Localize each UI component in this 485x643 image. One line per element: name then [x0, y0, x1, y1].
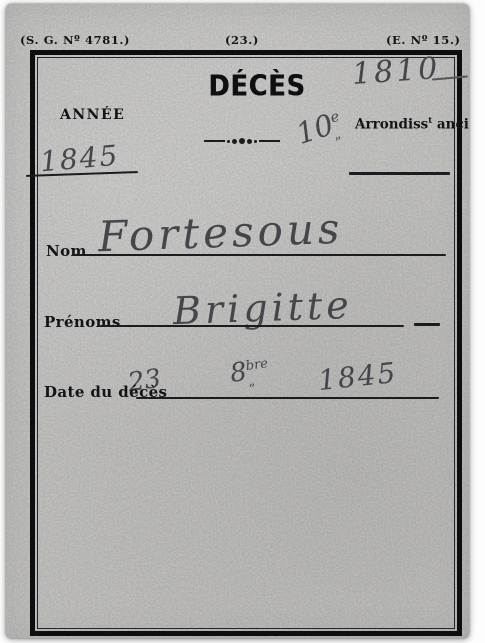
annee-blank-rule-right: [349, 172, 450, 175]
paper: (S. G. Nº 4781.) (23.) (E. Nº 15.) DÉCÈS…: [6, 4, 469, 638]
title-deces: DÉCÈS: [171, 70, 342, 103]
ref-number-right: (E. Nº 15.): [386, 33, 461, 47]
scanned-death-record-card: (S. G. Nº 4781.) (23.) (E. Nº 15.) DÉCÈS…: [0, 0, 485, 643]
arrondissement-label: Arrondisst ancien.: [355, 116, 469, 133]
date-rule: [136, 397, 439, 399]
ref-number-left: (S. G. Nº 4781.): [20, 33, 130, 47]
ornament-bar-right: [259, 140, 280, 142]
ornament-dot: [254, 140, 257, 143]
date-month-mark: „: [247, 374, 254, 390]
handwritten-top-year: 1810: [351, 51, 442, 92]
arrondissement-label-rest: ancien.: [432, 117, 469, 133]
arrondissement-label-base: Arrondiss: [355, 117, 428, 133]
ornament-dot: [239, 138, 245, 144]
handwritten-date-month: 8bre„: [228, 353, 275, 389]
divider-ornament: [204, 136, 280, 146]
ref-number-center: (23.): [225, 33, 259, 47]
ornament-bar-left: [204, 140, 225, 142]
nom-label: Nom: [46, 242, 87, 260]
ornament-dot: [232, 139, 237, 144]
nom-rule: [72, 254, 446, 256]
handwritten-nom-value: Fortesous: [97, 204, 344, 262]
ornament-dot: [247, 139, 252, 144]
prenoms-label: Prénoms: [44, 313, 121, 331]
prenoms-rule-dash: [414, 323, 440, 326]
ornament-dot: [227, 140, 230, 143]
annee-label: ANNÉE: [60, 107, 125, 123]
date-month-sup: bre: [245, 356, 269, 374]
prenoms-rule: [100, 325, 404, 327]
